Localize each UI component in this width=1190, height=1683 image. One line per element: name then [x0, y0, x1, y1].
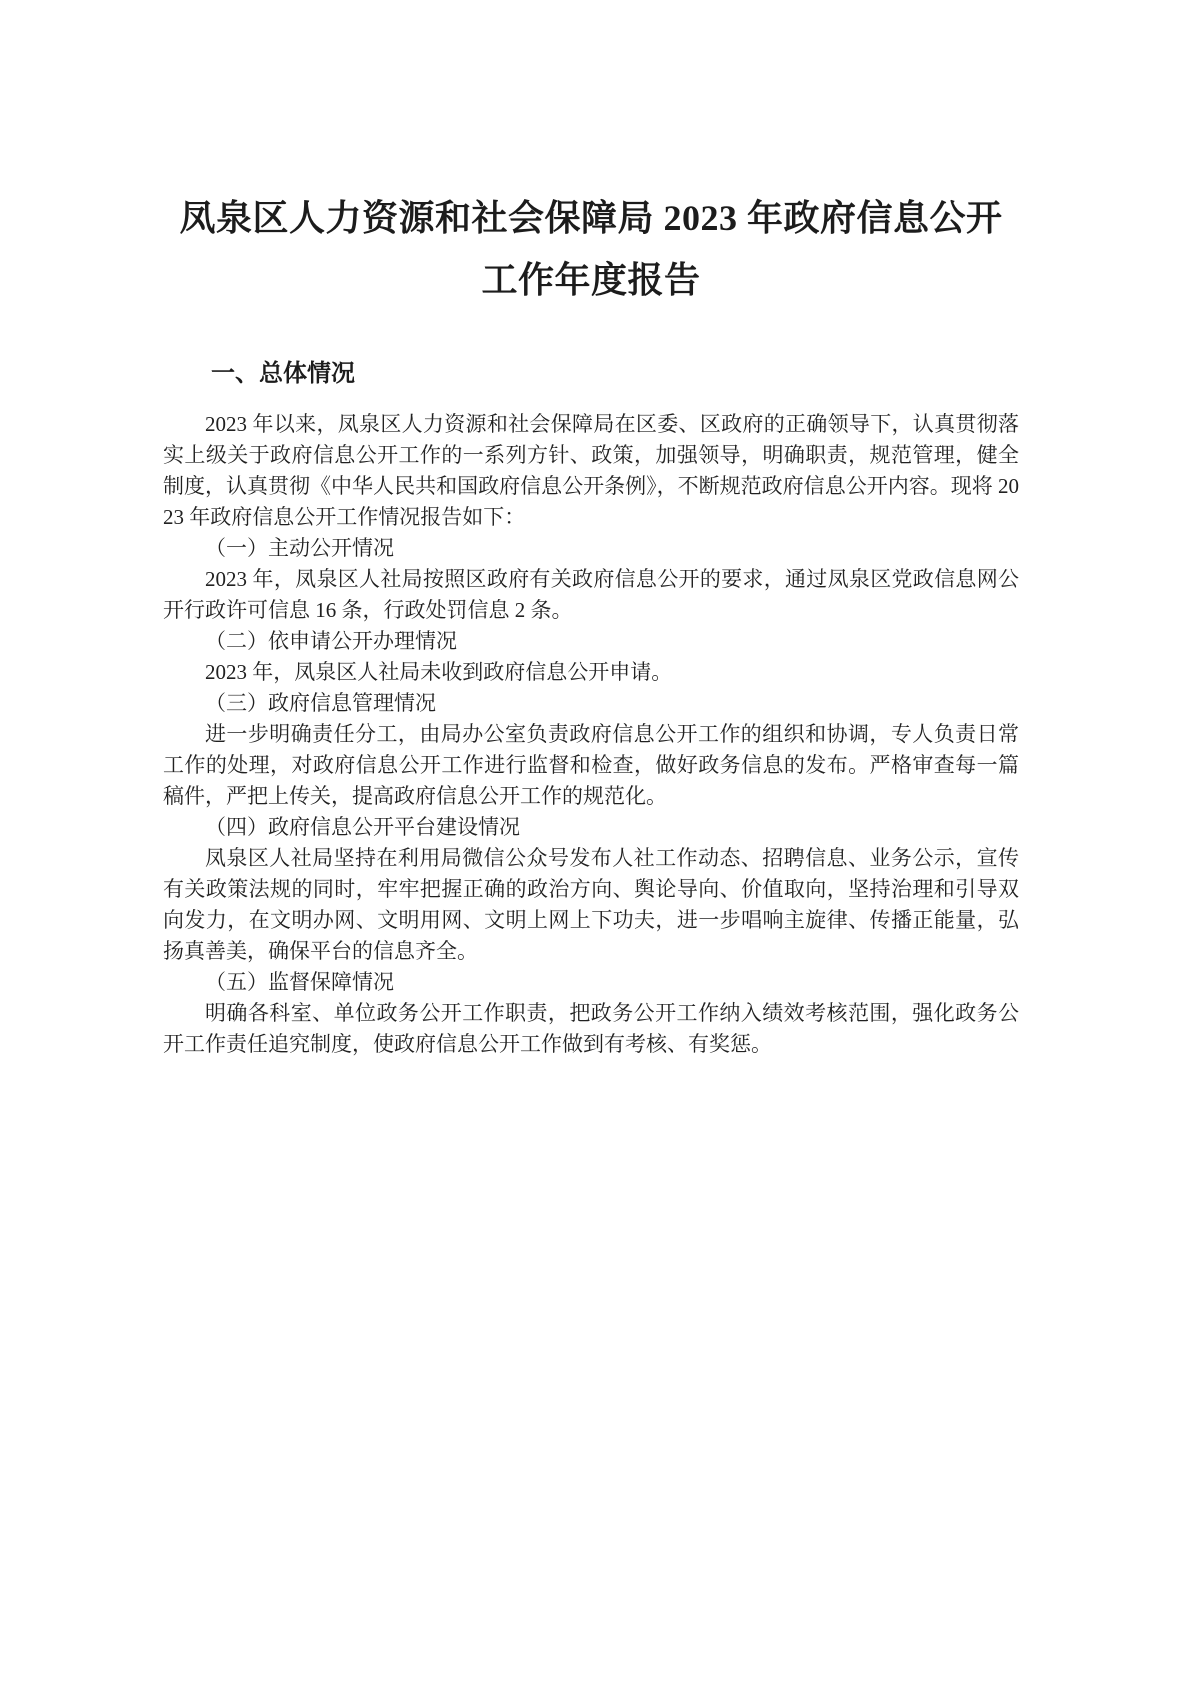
document-page: 凤泉区人力资源和社会保障局 2023 年政府信息公开 工作年度报告 一、总体情况… [0, 0, 1190, 1683]
document-title-line1: 凤泉区人力资源和社会保障局 2023 年政府信息公开 [163, 187, 1019, 249]
sub-section-heading: （五）监督保障情况 [163, 967, 1019, 998]
document-body: 2023 年以来，凤泉区人力资源和社会保障局在区委、区政府的正确领导下，认真贯彻… [163, 409, 1019, 1060]
paragraph: 凤泉区人社局坚持在利用局微信公众号发布人社工作动态、招聘信息、业务公示，宣传有关… [163, 843, 1019, 967]
sub-section-heading: （一）主动公开情况 [163, 533, 1019, 564]
document-title-line2: 工作年度报告 [163, 249, 1019, 311]
sub-section-heading: （四）政府信息公开平台建设情况 [163, 812, 1019, 843]
paragraph: 明确各科室、单位政务公开工作职责，把政务公开工作纳入绩效考核范围，强化政务公开工… [163, 998, 1019, 1060]
sub-section-heading: （二）依申请公开办理情况 [163, 626, 1019, 657]
document-content: 凤泉区人力资源和社会保障局 2023 年政府信息公开 工作年度报告 一、总体情况… [163, 0, 1019, 1060]
section-heading: 一、总体情况 [163, 359, 1019, 390]
paragraph: 进一步明确责任分工，由局办公室负责政府信息公开工作的组织和协调，专人负责日常工作… [163, 719, 1019, 812]
sub-section-heading: （三）政府信息管理情况 [163, 688, 1019, 719]
paragraph: 2023 年，凤泉区人社局未收到政府信息公开申请。 [163, 657, 1019, 688]
paragraph: 2023 年，凤泉区人社局按照区政府有关政府信息公开的要求，通过凤泉区党政信息网… [163, 564, 1019, 626]
document-title: 凤泉区人力资源和社会保障局 2023 年政府信息公开 工作年度报告 [163, 187, 1019, 311]
paragraph: 2023 年以来，凤泉区人力资源和社会保障局在区委、区政府的正确领导下，认真贯彻… [163, 409, 1019, 533]
